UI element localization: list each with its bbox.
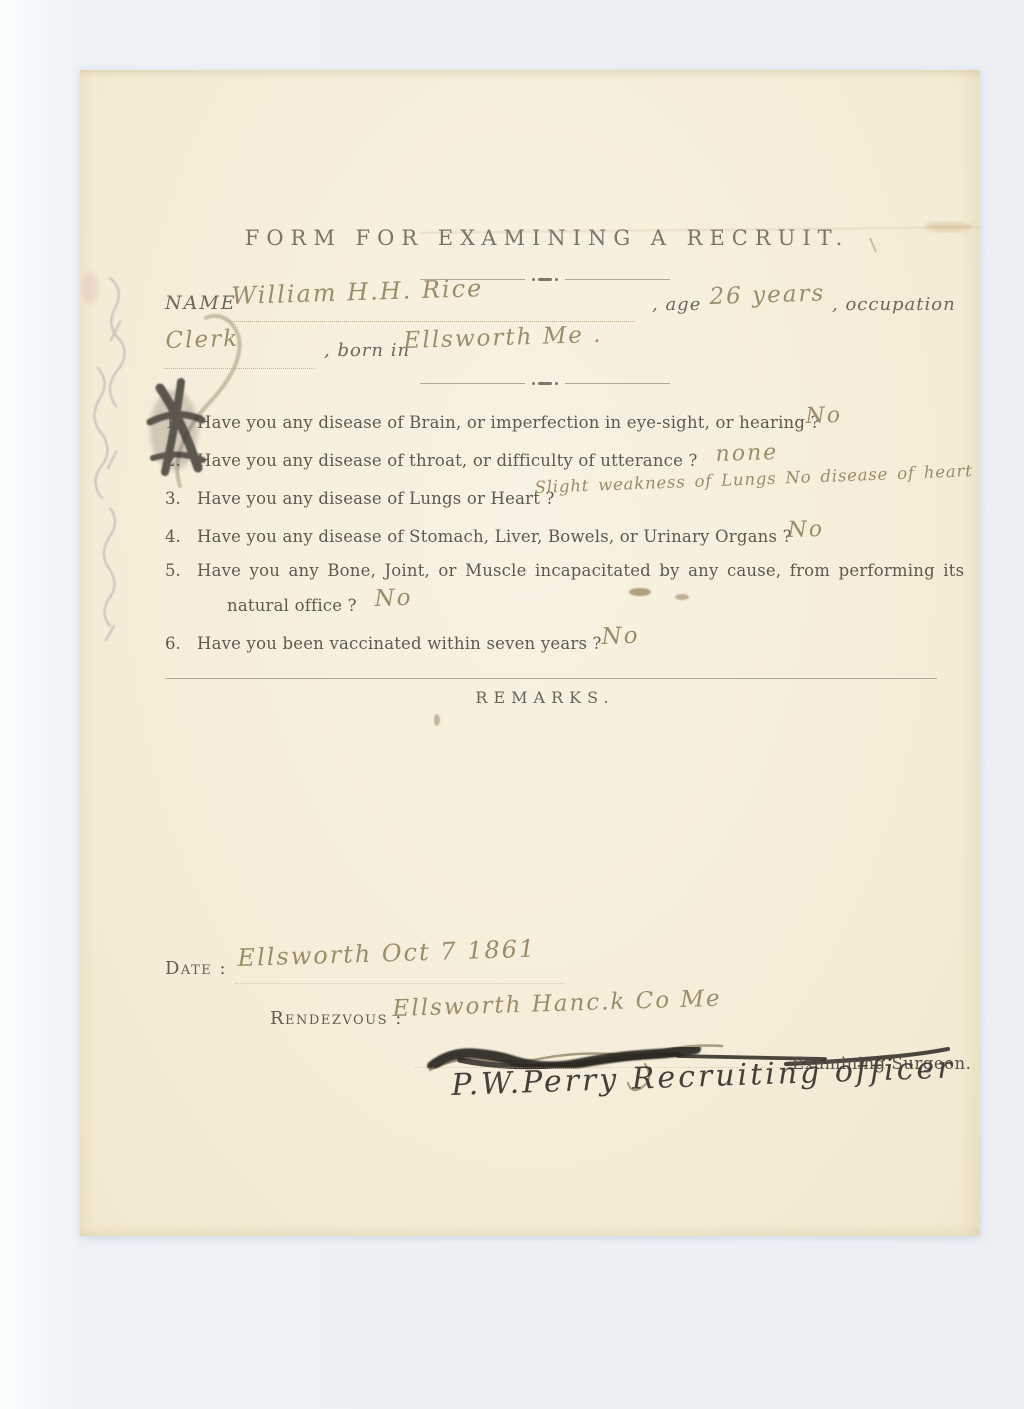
age-value-handwriting: 26 years: [709, 280, 825, 310]
rendezvous-label: Rendezvous :: [270, 1008, 403, 1029]
born-label: , born in: [324, 340, 410, 361]
question-text: Have you any Bone, Joint, or Muscle inca…: [197, 561, 964, 580]
date-value-handwriting: Ellsworth Oct 7 1861: [237, 935, 536, 972]
question-number: 6.: [165, 634, 181, 653]
question-text: Have you any disease of Brain, or imperf…: [197, 413, 820, 432]
form-title: FORM FOR EXAMINING A RECRUIT.: [80, 226, 980, 250]
ornament-divider-middle: [420, 378, 670, 388]
question-answer-handwriting: No: [601, 623, 640, 650]
question-text: Have you been vaccinated within seven ye…: [197, 634, 602, 653]
question-text-continued: natural office ?: [227, 596, 357, 615]
question-number: 5.: [165, 561, 181, 580]
age-label: , age: [652, 294, 701, 315]
question-answer-handwriting: No: [374, 585, 413, 612]
question-number: 1.: [165, 413, 181, 432]
date-label: Date :: [165, 958, 227, 979]
date-fill-line: [235, 982, 565, 984]
born-value-handwriting: Ellsworth Me .: [403, 322, 603, 354]
margin-annotation-script: [82, 272, 125, 640]
occupation-fill-line: [164, 367, 314, 369]
question-answer-handwriting: No: [805, 403, 842, 429]
question-number: 3.: [165, 489, 181, 508]
scan-background: { "document": { "title": "FORM FOR EXAMI…: [0, 0, 1024, 1409]
occupation-value-handwriting: Clerk: [165, 326, 239, 354]
occupation-label: , occupation: [832, 294, 956, 315]
question-text: Have you any disease of Stomach, Liver, …: [197, 527, 792, 546]
document-page: FORM FOR EXAMINING A RECRUIT. NAME Willi…: [80, 70, 980, 1236]
name-label: NAME: [165, 292, 237, 314]
question-answer-handwriting: No: [787, 517, 824, 543]
question-answer-handwriting: none: [715, 440, 778, 467]
question-text: Have you any disease of throat, or diffi…: [197, 451, 698, 470]
remarks-heading: REMARKS.: [80, 688, 980, 707]
question-number: 2.: [165, 451, 181, 470]
rendezvous-value-handwriting: Ellsworth Hanc.k Co Me: [392, 986, 722, 1022]
recruiting-officer-signature: P.W.Perry Recruiting officer: [451, 1050, 955, 1103]
question-text: Have you any disease of Lungs or Heart ?: [197, 489, 555, 508]
name-value-handwriting: William H.H. Rice: [231, 274, 484, 310]
question-number: 4.: [165, 527, 181, 546]
remarks-divider-rule: [165, 678, 937, 679]
